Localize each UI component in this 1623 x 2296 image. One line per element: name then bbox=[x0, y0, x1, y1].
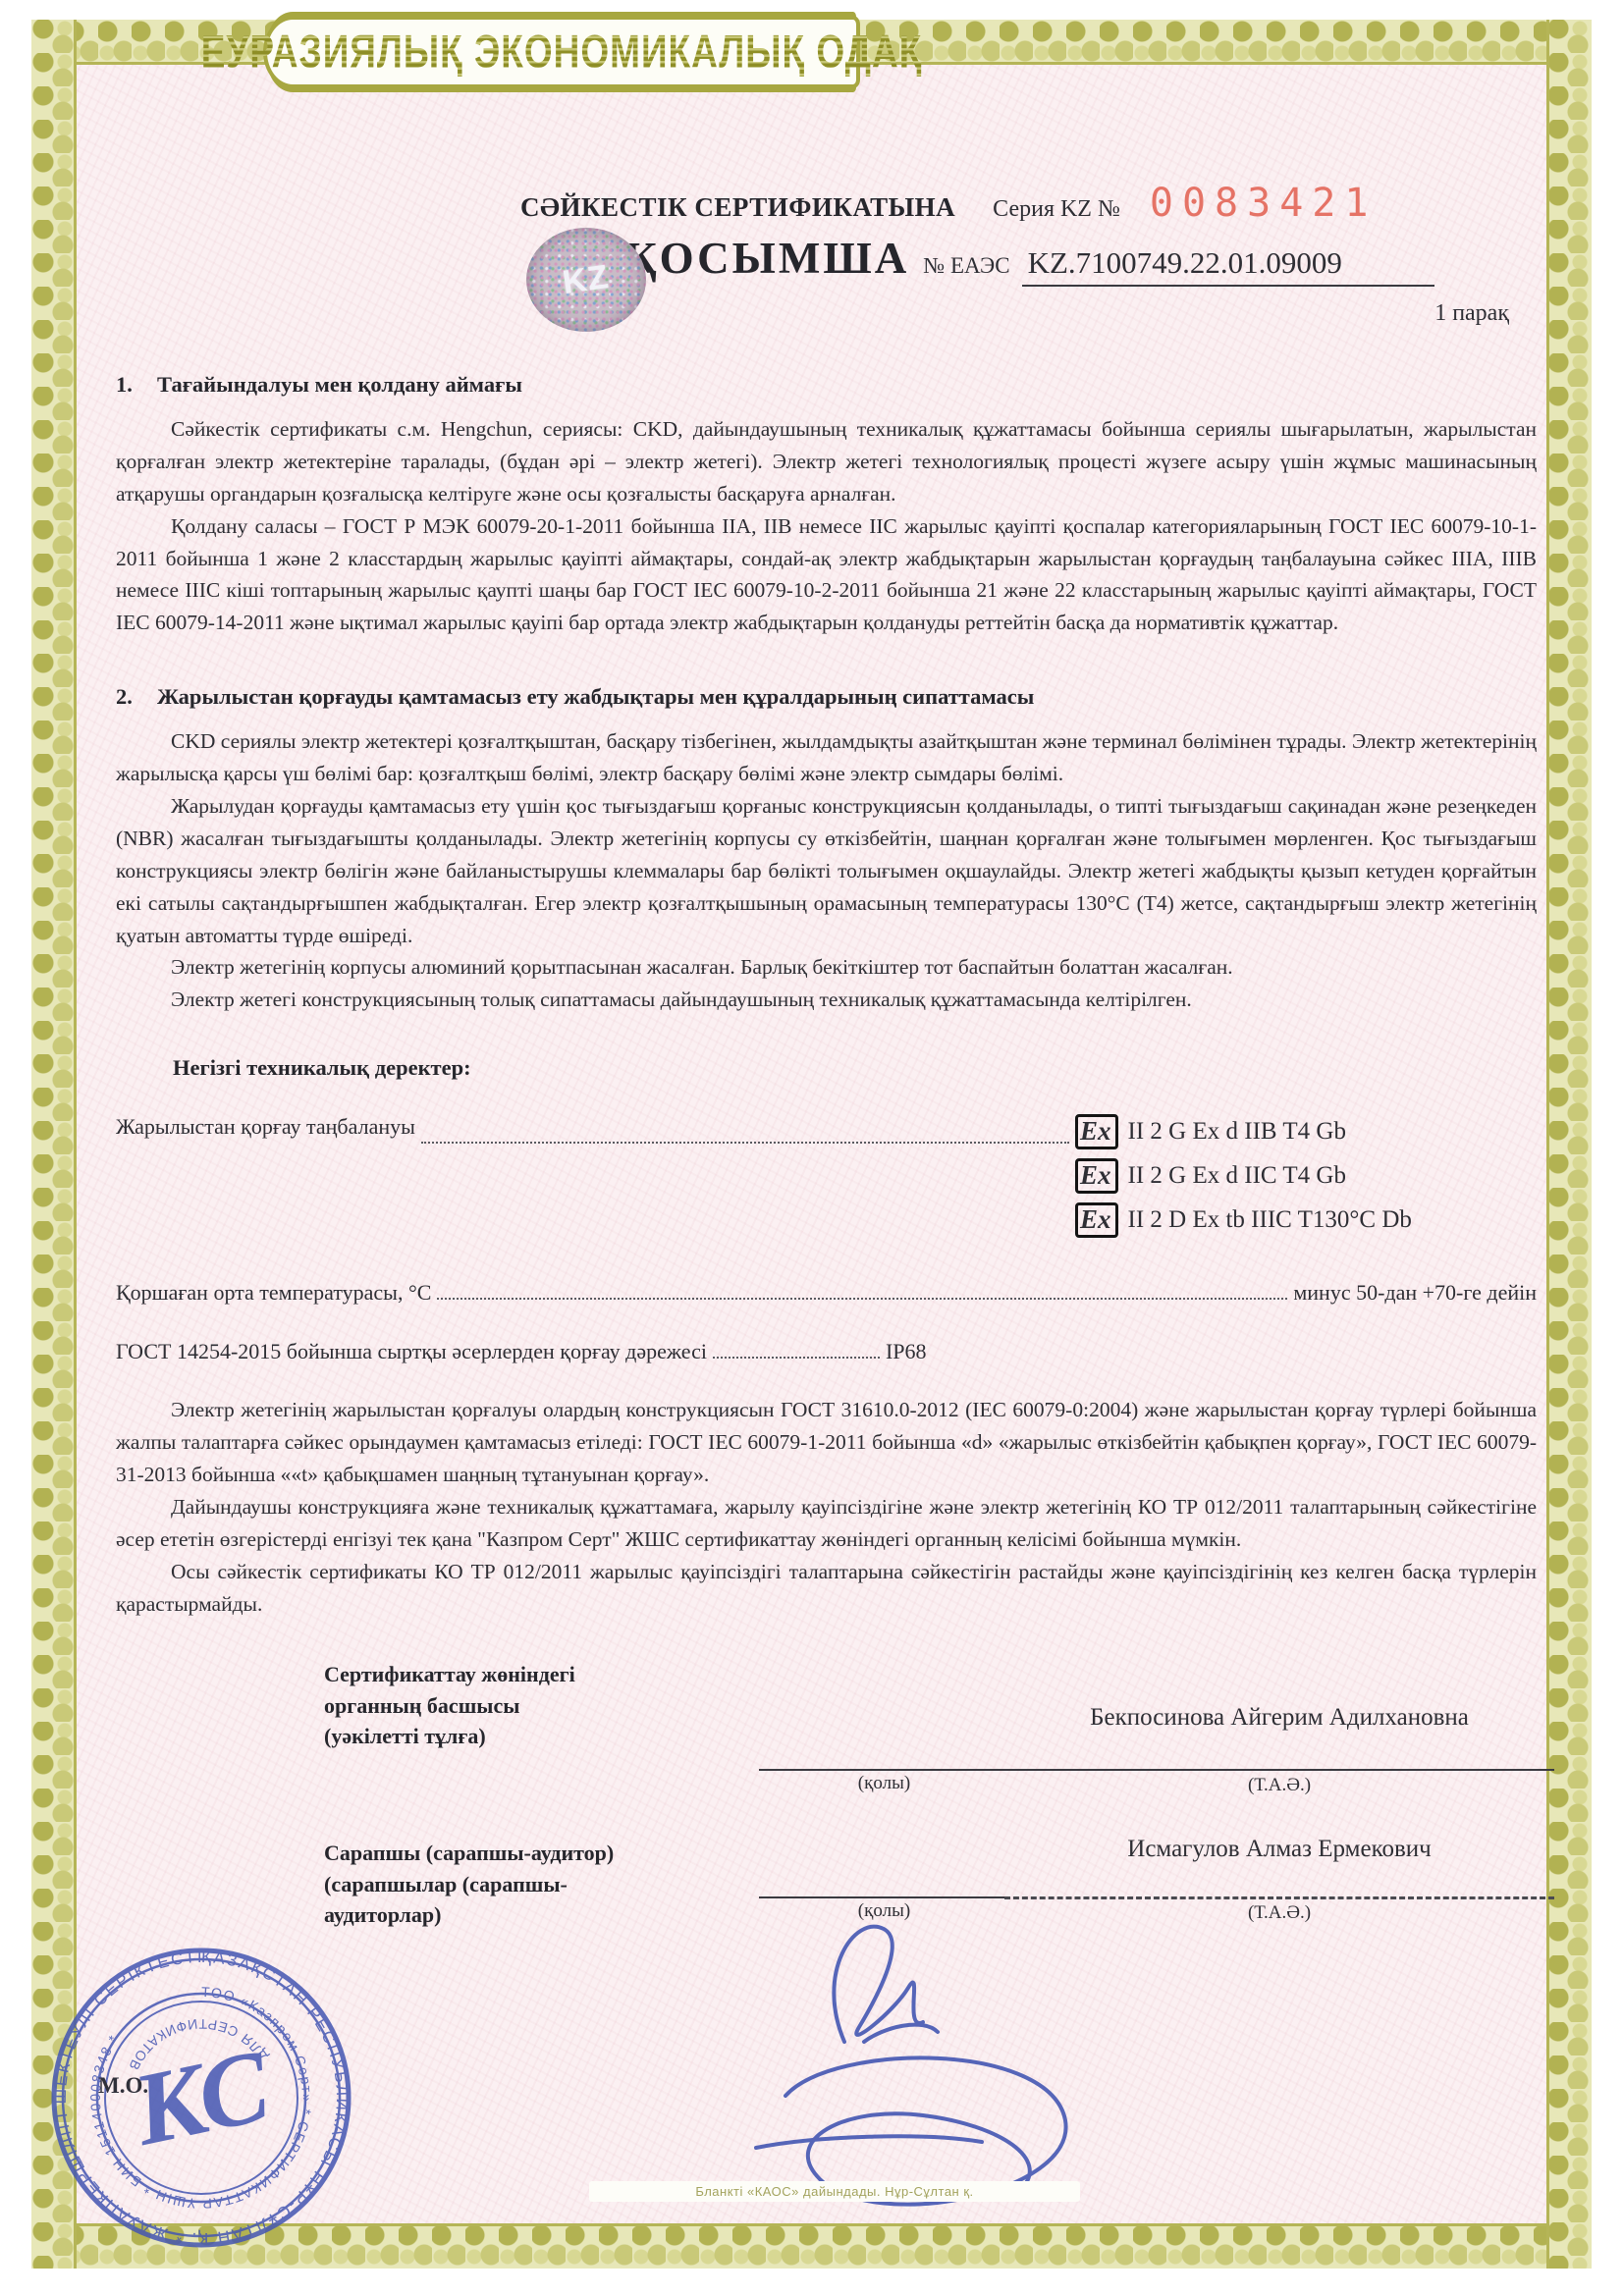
closing-paragraph: Дайындаушы конструкцияға және техникалық… bbox=[116, 1491, 1537, 1556]
head-role-label: Сертификаттау жөніндегі органның басшысы… bbox=[324, 1659, 619, 1751]
series-label: Серия KZ № bbox=[993, 196, 1120, 223]
ex-marking-row: Жарылыстан қорғау таңбалануы Ex II 2 G E… bbox=[116, 1114, 1537, 1247]
section2-heading: 2. Жарылыстан қорғауды қамтамасыз ету жа… bbox=[116, 684, 1537, 710]
ambient-temperature-row: Қоршаған орта температурасы, °С минус 50… bbox=[116, 1280, 1537, 1306]
ex-marking-item: Ex II 2 G Ex d IIB T4 Gb bbox=[1075, 1114, 1537, 1149]
section2-heading-text: Жарылыстан қорғауды қамтамасыз ету жабды… bbox=[157, 684, 1034, 710]
head-signature-line bbox=[759, 1769, 1009, 1771]
closing-paragraph: Электр жетегінің жарылыстан қорғалуы ола… bbox=[116, 1394, 1537, 1491]
section2-paragraph: Электр жетегі конструкциясының толық сип… bbox=[116, 984, 1537, 1016]
head-name-line bbox=[1004, 1769, 1554, 1771]
series-number: 0083421 bbox=[1150, 184, 1378, 223]
ip-rating-label: ГОСТ 14254-2015 бойынша сыртқы әсерлерде… bbox=[116, 1339, 707, 1364]
expert-role-label: Сарапшы (сарапшы-аудитор) (сарапшылар (с… bbox=[324, 1838, 619, 1930]
ex-marking-item: Ex II 2 D Ex tb IIIC T130°C Db bbox=[1075, 1202, 1537, 1238]
certificate-content: СӘЙКЕСТІК СЕРТИФИКАТЫНА Серия KZ № 00834… bbox=[116, 115, 1537, 1948]
section1-heading: 1. Тағайындалуы мен қолдану аймағы bbox=[116, 372, 1537, 398]
tech-data-heading: Негізгі техникалық деректер: bbox=[173, 1055, 1537, 1081]
certificate-title-row: СӘЙКЕСТІК СЕРТИФИКАТЫНА Серия KZ № 00834… bbox=[520, 184, 1537, 223]
border-right-ornament bbox=[1546, 20, 1592, 2269]
ambient-temperature-value: минус 50-дан +70-ге дейін bbox=[1293, 1280, 1537, 1306]
section2-paragraph: CKD сериялы электр жетектері қозғалтқышт… bbox=[116, 725, 1537, 790]
section2-paragraph: Жарылудан қорғауды қамтамасыз ету үшін қ… bbox=[116, 790, 1537, 951]
ex-icon: Ex bbox=[1075, 1114, 1118, 1149]
ex-marking-item: Ex II 2 G Ex d IIC T4 Gb bbox=[1075, 1158, 1537, 1194]
union-banner-title: ЕУРАЗИЯЛЫҚ ЭКОНОМИКАЛЫҚ ОДАҚ bbox=[201, 26, 923, 79]
head-name: Бекпосинова Айгерим Адилхановна bbox=[1004, 1704, 1554, 1732]
section2-body: CKD сериялы электр жетектері қозғалтқышт… bbox=[116, 725, 1537, 1016]
section1-number: 1. bbox=[116, 372, 157, 398]
ex-marking-text: II 2 G Ex d IIB T4 Gb bbox=[1128, 1118, 1346, 1146]
closing-paragraph: Осы сәйкестік сертификаты КО ТР 012/2011… bbox=[116, 1556, 1537, 1621]
certificate-title: СӘЙКЕСТІК СЕРТИФИКАТЫНА bbox=[520, 192, 955, 223]
round-stamp-icon: ҚАЗАҚСТАН РЕСПУБЛИКАСЫ НҰР-СҰЛТАН Қ. * Ж… bbox=[39, 1936, 363, 2260]
annex-title: ҚОСЫМША bbox=[624, 233, 909, 284]
ex-marking-text: II 2 G Ex d IIC T4 Gb bbox=[1128, 1162, 1346, 1190]
annex-number-label: № ЕАЭС bbox=[923, 253, 1009, 279]
hologram-kz-label: KZ bbox=[561, 257, 612, 301]
sheet-count: 1 парақ bbox=[116, 300, 1537, 327]
ex-marking-text: II 2 D Ex tb IIIC T130°C Db bbox=[1128, 1206, 1412, 1234]
annex-number: KZ.7100749.22.01.09009 bbox=[1022, 245, 1434, 287]
expert-name: Исмагулов Алмаз Ермекович bbox=[1004, 1836, 1554, 1863]
head-name-caption: (Т.А.Ә.) bbox=[1004, 1775, 1554, 1796]
ambient-temperature-label: Қоршаған орта температурасы, °С bbox=[116, 1280, 431, 1306]
head-signature-caption: (қолы) bbox=[759, 1773, 1009, 1794]
dotted-leader bbox=[713, 1357, 880, 1359]
hologram-sticker: KZ bbox=[526, 228, 646, 332]
ip-rating-value: IP68 bbox=[886, 1339, 927, 1364]
ip-rating-row: ГОСТ 14254-2015 бойынша сыртқы әсерлерде… bbox=[116, 1339, 1537, 1364]
ex-marking-list: Ex II 2 G Ex d IIB T4 Gb Ex II 2 G Ex d … bbox=[1075, 1114, 1537, 1247]
border-left-ornament bbox=[31, 20, 77, 2269]
ex-marking-label: Жарылыстан қорғау таңбалануы bbox=[116, 1114, 415, 1140]
blank-maker-note: Бланкті «КАОС» дайындады. Нұр-Сұлтан қ. bbox=[589, 2181, 1080, 2202]
section2-paragraph: Электр жетегінің корпусы алюминий қорытп… bbox=[116, 951, 1537, 984]
dotted-leader bbox=[421, 1142, 1069, 1144]
stamp-place-label: М.О. bbox=[98, 2073, 148, 2099]
ex-icon: Ex bbox=[1075, 1158, 1118, 1194]
certificate-sheet: ЕУРАЗИЯЛЫҚ ЭКОНОМИКАЛЫҚ ОДАҚ KZ СӘЙКЕСТІ… bbox=[0, 0, 1623, 2296]
section1-heading-text: Тағайындалуы мен қолдану аймағы bbox=[157, 372, 522, 398]
closing-body: Электр жетегінің жарылыстан қорғалуы ола… bbox=[116, 1394, 1537, 1620]
ex-icon: Ex bbox=[1075, 1202, 1118, 1238]
section1-paragraph: Сәйкестік сертификаты с.м. Hengchun, сер… bbox=[116, 413, 1537, 510]
section1-paragraph: Қолдану саласы – ГОСТ Р МЭК 60079-20-1-2… bbox=[116, 510, 1537, 640]
section2-number: 2. bbox=[116, 684, 157, 710]
dotted-leader bbox=[437, 1298, 1287, 1300]
union-banner: ЕУРАЗИЯЛЫҚ ЭКОНОМИКАЛЫҚ ОДАҚ bbox=[263, 16, 860, 88]
section1-body: Сәйкестік сертификаты с.м. Hengchun, сер… bbox=[116, 413, 1537, 639]
annex-title-row: ҚОСЫМША № ЕАЭС KZ.7100749.22.01.09009 bbox=[624, 233, 1537, 287]
